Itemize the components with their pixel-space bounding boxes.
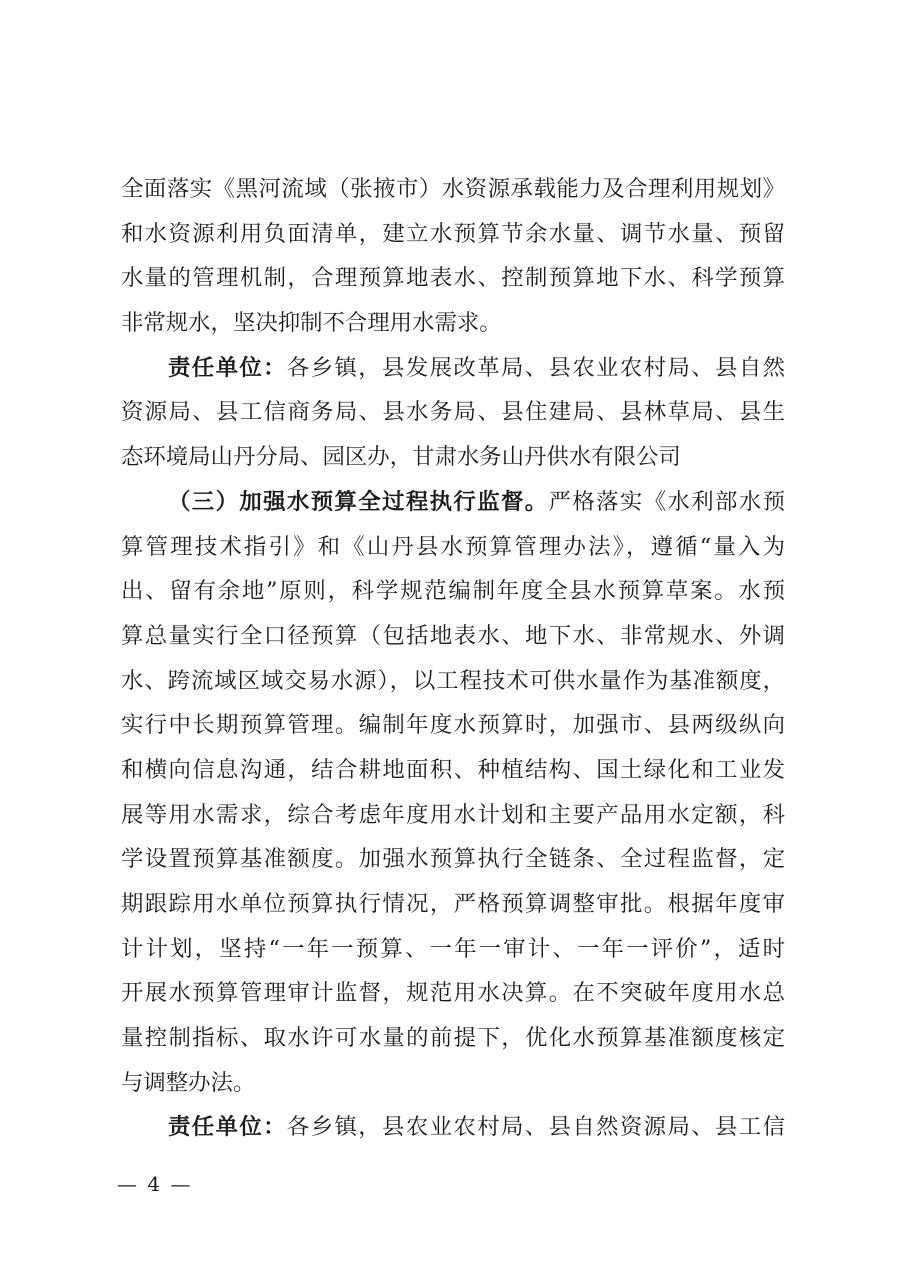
- text-line: 计计划，坚持“一年一预算、一年一审计、一年一评价”，适时: [121, 927, 785, 972]
- paragraph-water-resource-plan: 全面落实《黑河流域（张掖市）水资源承载能力及合理利用规划》 和水资源利用负面清单…: [121, 167, 785, 346]
- text-line: 全面落实《黑河流域（张掖市）水资源承载能力及合理利用规划》: [121, 167, 785, 212]
- document-body: 全面落实《黑河流域（张掖市）水资源承载能力及合理利用规划》 和水资源利用负面清单…: [121, 167, 785, 1150]
- responsible-units-label: 责任单位：: [168, 1114, 287, 1140]
- text-line: 水、跨流域区域交易水源），以工程技术可供水量作为基准额度，: [121, 659, 785, 704]
- text-line: 算管理技术指引》和《山丹县水预算管理办法》，遵循“量入为: [121, 525, 785, 570]
- text-line: 实行中长期预算管理。编制年度水预算时，加强市、县两级纵向: [121, 703, 785, 748]
- section-3-budget-supervision: （三）加强水预算全过程执行监督。严格落实《水利部水预 算管理技术指引》和《山丹县…: [121, 480, 785, 1106]
- document-page: 全面落实《黑河流域（张掖市）水资源承载能力及合理利用规划》 和水资源利用负面清单…: [0, 0, 905, 1280]
- text-line: 算总量实行全口径预算（包括地表水、地下水、非常规水、外调: [121, 614, 785, 659]
- page-number: — 4 —: [117, 1170, 192, 1198]
- text-line: （三）加强水预算全过程执行监督。严格落实《水利部水预: [121, 480, 785, 525]
- text-line: 出、留有余地”原则，科学规范编制年度全县水预算草案。水预: [121, 569, 785, 614]
- text-line: 水量的管理机制，合理预算地表水、控制预算地下水、科学预算: [121, 256, 785, 301]
- text-line: 量控制指标、取水许可水量的前提下，优化水预算基准额度核定: [121, 1016, 785, 1061]
- text-line: 态环境局山丹分局、园区办，甘肃水务山丹供水有限公司: [121, 435, 785, 480]
- text-line: 和横向信息沟通，结合耕地面积、种植结构、国土绿化和工业发: [121, 748, 785, 793]
- section-heading: （三）加强水预算全过程执行监督。: [168, 489, 549, 515]
- text-line: 展等用水需求，综合考虑年度用水计划和主要产品用水定额，科: [121, 793, 785, 838]
- responsible-units-label: 责任单位：: [168, 355, 287, 381]
- paragraph-responsible-units-2: 责任单位：各乡镇，县农业农村局、县自然资源局、县工信: [121, 1105, 785, 1150]
- text-line: 与调整办法。: [121, 1061, 785, 1106]
- paragraph-responsible-units-1: 责任单位：各乡镇，县发展改革局、县农业农村局、县自然 资源局、县工信商务局、县水…: [121, 346, 785, 480]
- responsible-units-text: 各乡镇，县发展改革局、县农业农村局、县自然: [287, 355, 785, 381]
- text-line: 和水资源利用负面清单，建立水预算节余水量、调节水量、预留: [121, 212, 785, 257]
- text-line: 资源局、县工信商务局、县水务局、县住建局、县林草局、县生: [121, 390, 785, 435]
- section-text: 严格落实《水利部水预: [549, 489, 785, 515]
- text-line: 责任单位：各乡镇，县发展改革局、县农业农村局、县自然: [121, 346, 785, 391]
- text-line: 开展水预算管理审计监督，规范用水决算。在不突破年度用水总: [121, 971, 785, 1016]
- text-line: 期跟踪用水单位预算执行情况，严格预算调整审批。根据年度审: [121, 882, 785, 927]
- text-line: 责任单位：各乡镇，县农业农村局、县自然资源局、县工信: [121, 1105, 785, 1150]
- responsible-units-text: 各乡镇，县农业农村局、县自然资源局、县工信: [287, 1114, 785, 1140]
- text-line: 非常规水，坚决抑制不合理用水需求。: [121, 301, 785, 346]
- text-line: 学设置预算基准额度。加强水预算执行全链条、全过程监督，定: [121, 837, 785, 882]
